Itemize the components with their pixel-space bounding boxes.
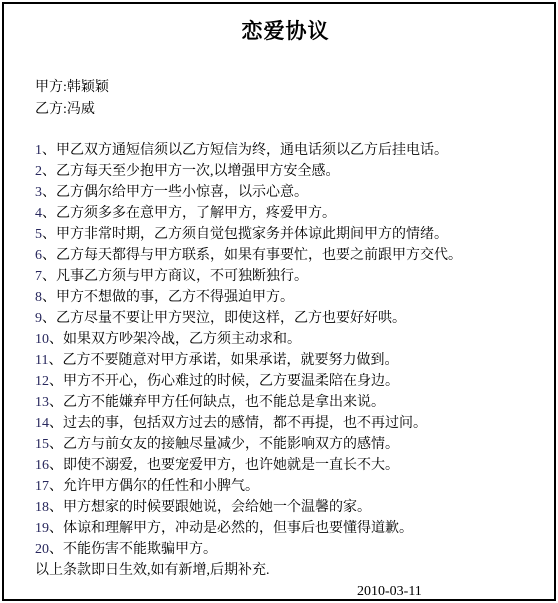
clause-row: 16、即使不溺爱，也要宠爱甲方，也许她就是一直长不大。	[35, 455, 536, 476]
clause-row: 6、乙方每天都得与甲方联系，如果有事要忙，也要之前跟甲方交代。	[35, 245, 536, 266]
clause-number: 16	[35, 458, 49, 473]
party-b-line: 乙方:冯威	[35, 99, 536, 121]
document-body: 恋爱协议 甲方:韩颖颖 乙方:冯威 1、甲乙双方通短信须以乙方短信为终，通电话须…	[4, 18, 554, 601]
clause-number: 15	[35, 437, 49, 452]
clause-row: 4、乙方须多多在意甲方，了解甲方，疼爱甲方。	[35, 203, 536, 224]
clause-number: 20	[35, 542, 49, 557]
clause-separator: 、	[42, 143, 56, 158]
clause-separator: 、	[49, 458, 63, 473]
clause-number: 11	[35, 353, 48, 368]
clause-separator: 、	[48, 353, 62, 368]
clause-row: 5、甲方非常时期，乙方须自觉包揽家务并体谅此期间甲方的情绪。	[35, 224, 536, 245]
clause-number: 14	[35, 416, 49, 431]
clause-row: 10、如果双方吵架冷战，乙方须主动求和。	[35, 329, 536, 350]
clause-text: 不能伤害不能欺骗甲方。	[63, 542, 217, 557]
clause-row: 1、甲乙双方通短信须以乙方短信为终，通电话须以乙方后挂电话。	[35, 140, 536, 161]
clause-row: 7、凡事乙方须与甲方商议，不可独断独行。	[35, 266, 536, 287]
clause-text: 乙方每天都得与甲方联系，如果有事要忙，也要之前跟甲方交代。	[56, 248, 462, 263]
clause-number: 4	[35, 206, 42, 221]
clause-row: 2、乙方每天至少抱甲方一次,以增强甲方安全感。	[35, 161, 536, 182]
party-a-line: 甲方:韩颖颖	[35, 77, 536, 99]
clause-row: 13、乙方不能嫌弃甲方任何缺点，也不能总是拿出来说。	[35, 392, 536, 413]
clause-number: 6	[35, 248, 42, 263]
clause-row: 11、乙方不要随意对甲方承诺，如果承诺，就要努力做到。	[35, 350, 536, 371]
clause-separator: 、	[42, 311, 56, 326]
clause-number: 7	[35, 269, 42, 284]
clause-text: 乙方每天至少抱甲方一次,以增强甲方安全感。	[56, 164, 340, 179]
clause-separator: 、	[49, 332, 63, 347]
clause-row: 17、允许甲方偶尔的任性和小脾气。	[35, 476, 536, 497]
clause-text: 乙方不能嫌弃甲方任何缺点，也不能总是拿出来说。	[63, 395, 385, 410]
clause-text: 如果双方吵架冷战，乙方须主动求和。	[63, 332, 301, 347]
clause-text: 乙方尽量不要让甲方哭泣，即使这样，乙方也要好好哄。	[56, 311, 406, 326]
clause-number: 17	[35, 479, 49, 494]
clause-text: 乙方与前女友的接触尽量减少，不能影响双方的感情。	[63, 437, 399, 452]
clause-separator: 、	[42, 290, 56, 305]
clause-text: 乙方偶尔给甲方一些小惊喜，以示心意。	[56, 185, 308, 200]
clause-text: 甲乙双方通短信须以乙方短信为终，通电话须以乙方后挂电话。	[56, 143, 448, 158]
clause-text: 甲方不想做的事，乙方不得强迫甲方。	[56, 290, 294, 305]
document-page: 恋爱协议 甲方:韩颖颖 乙方:冯威 1、甲乙双方通短信须以乙方短信为终，通电话须…	[2, 2, 556, 601]
clause-row: 20、不能伤害不能欺骗甲方。	[35, 539, 536, 560]
clause-separator: 、	[49, 437, 63, 452]
clause-text: 体谅和理解甲方，冲动是必然的，但事后也要懂得道歉。	[63, 521, 413, 536]
clause-number: 10	[35, 332, 49, 347]
clause-list: 1、甲乙双方通短信须以乙方短信为终，通电话须以乙方后挂电话。2、乙方每天至少抱甲…	[35, 140, 536, 560]
document-date: 2010-03-11	[35, 581, 536, 601]
clause-number: 1	[35, 143, 42, 158]
clause-row: 3、乙方偶尔给甲方一些小惊喜，以示心意。	[35, 182, 536, 203]
clause-row: 14、过去的事，包括双方过去的感情，都不再提，也不再过问。	[35, 413, 536, 434]
clause-text: 乙方不要随意对甲方承诺，如果承诺，就要努力做到。	[62, 353, 398, 368]
clause-text: 凡事乙方须与甲方商议，不可独断独行。	[56, 269, 308, 284]
clause-number: 3	[35, 185, 42, 200]
parties-section: 甲方:韩颖颖 乙方:冯威	[35, 77, 536, 121]
clause-separator: 、	[49, 479, 63, 494]
clause-text: 过去的事，包括双方过去的感情，都不再提，也不再过问。	[63, 416, 427, 431]
clause-separator: 、	[49, 542, 63, 557]
clause-separator: 、	[49, 395, 63, 410]
clause-row: 18、甲方想家的时候要跟她说，会给她一个温馨的家。	[35, 497, 536, 518]
clause-number: 9	[35, 311, 42, 326]
clause-row: 19、体谅和理解甲方，冲动是必然的，但事后也要懂得道歉。	[35, 518, 536, 539]
clause-separator: 、	[42, 269, 56, 284]
clause-number: 18	[35, 500, 49, 515]
clause-number: 19	[35, 521, 49, 536]
clause-row: 8、甲方不想做的事，乙方不得强迫甲方。	[35, 287, 536, 308]
clause-text: 乙方须多多在意甲方，了解甲方，疼爱甲方。	[56, 206, 336, 221]
clause-separator: 、	[42, 206, 56, 221]
clause-number: 5	[35, 227, 42, 242]
clause-row: 9、乙方尽量不要让甲方哭泣，即使这样，乙方也要好好哄。	[35, 308, 536, 329]
clause-separator: 、	[49, 374, 63, 389]
closing-statement: 以上条款即日生效,如有新增,后期补充.	[35, 560, 536, 581]
clause-separator: 、	[42, 164, 56, 179]
clause-text: 甲方非常时期，乙方须自觉包揽家务并体谅此期间甲方的情绪。	[56, 227, 448, 242]
clause-number: 13	[35, 395, 49, 410]
clause-text: 甲方想家的时候要跟她说，会给她一个温馨的家。	[63, 500, 371, 515]
clause-text: 允许甲方偶尔的任性和小脾气。	[63, 479, 259, 494]
clause-separator: 、	[42, 227, 56, 242]
clause-number: 8	[35, 290, 42, 305]
clause-row: 15、乙方与前女友的接触尽量减少，不能影响双方的感情。	[35, 434, 536, 455]
clause-text: 甲方不开心，伤心难过的时候，乙方要温柔陪在身边。	[63, 374, 399, 389]
clause-separator: 、	[42, 185, 56, 200]
clause-separator: 、	[42, 248, 56, 263]
clause-separator: 、	[49, 416, 63, 431]
clause-number: 2	[35, 164, 42, 179]
clause-row: 12、甲方不开心，伤心难过的时候，乙方要温柔陪在身边。	[35, 371, 536, 392]
clause-separator: 、	[49, 500, 63, 515]
document-title: 恋爱协议	[35, 18, 536, 44]
clause-separator: 、	[49, 521, 63, 536]
clause-text: 即使不溺爱，也要宠爱甲方，也许她就是一直长不大。	[63, 458, 399, 473]
clause-number: 12	[35, 374, 49, 389]
